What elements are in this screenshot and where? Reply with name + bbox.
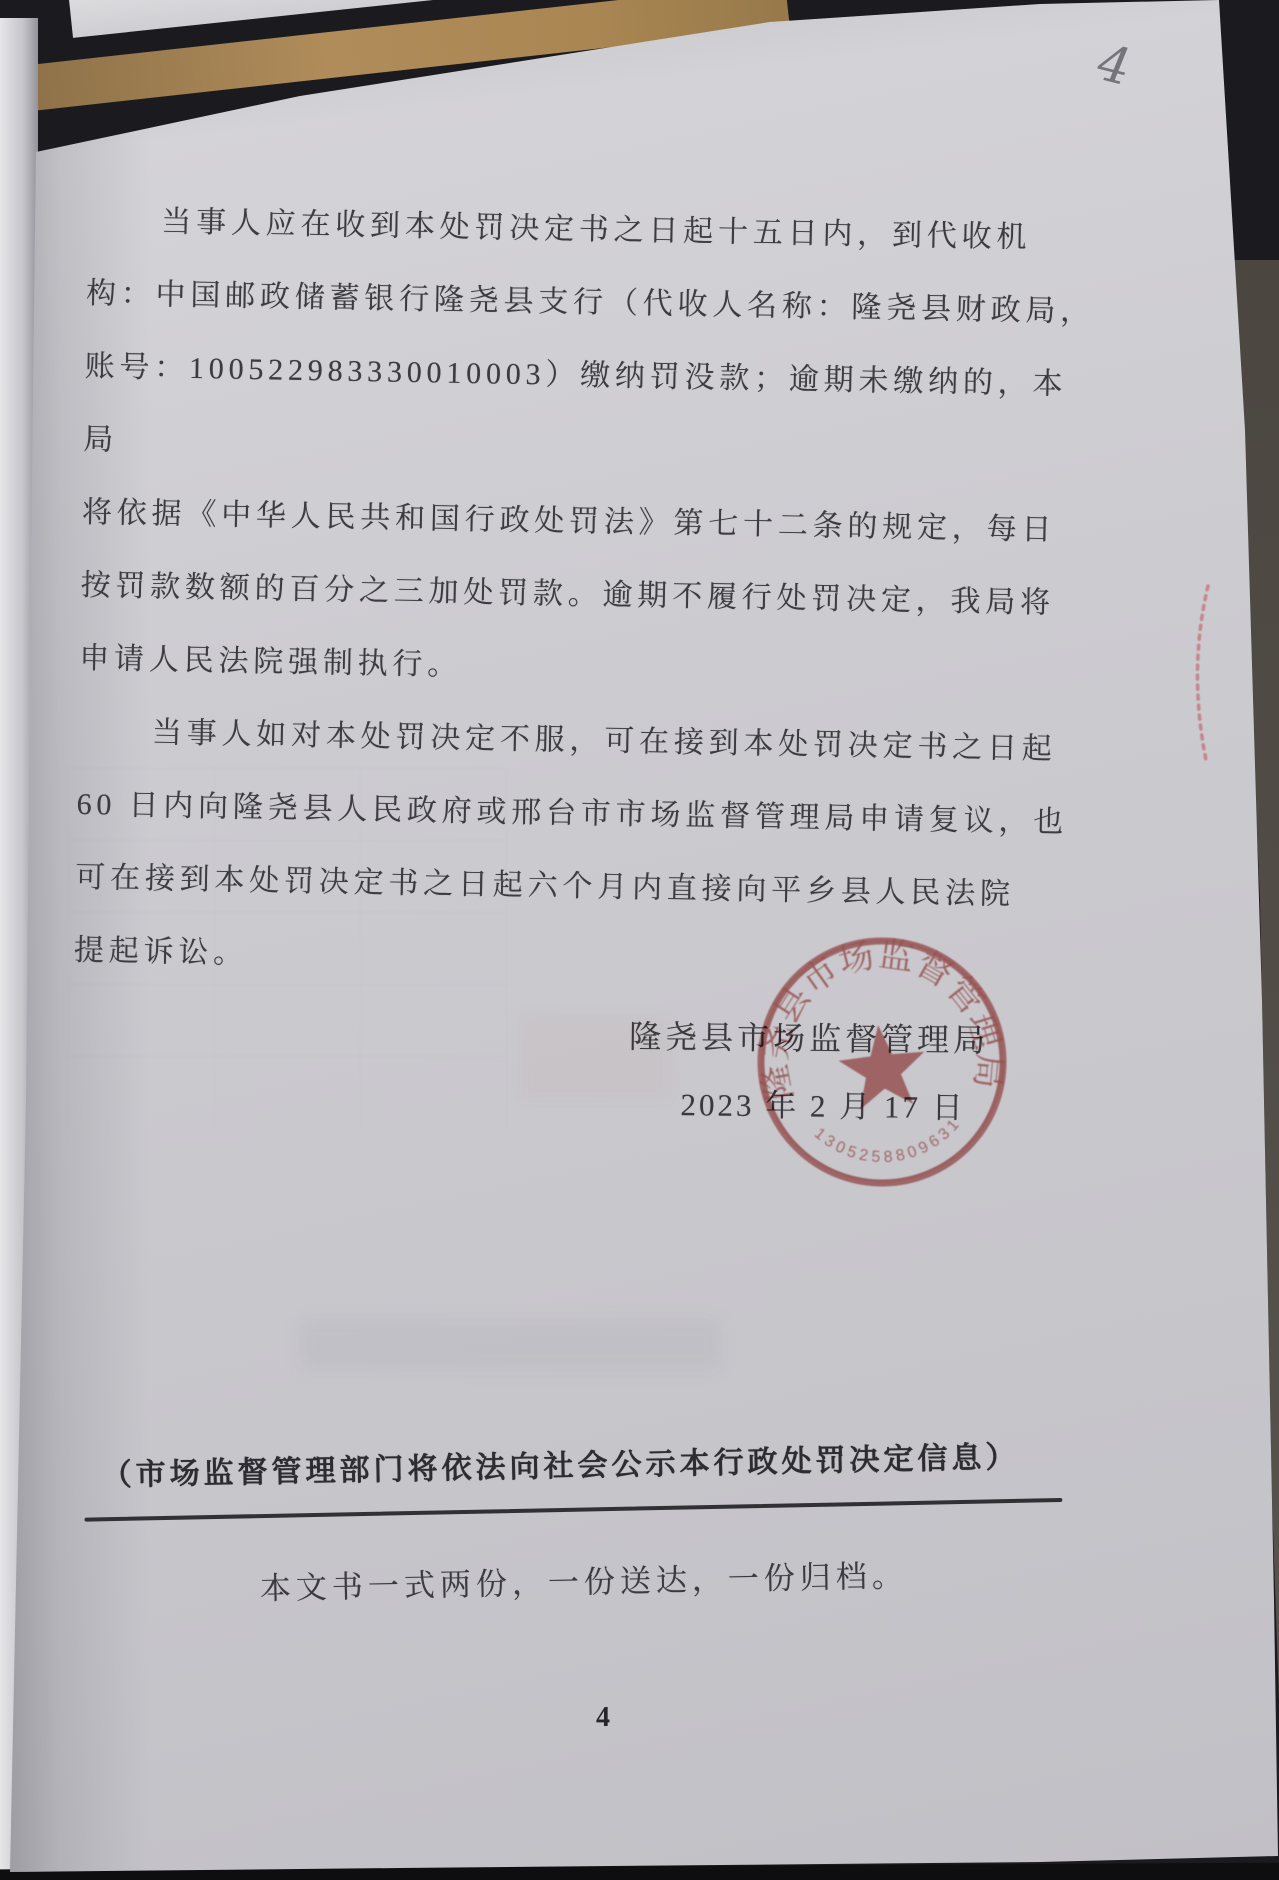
printed-page-number: 4 [596, 1702, 610, 1734]
body-text: 当事人应在收到本处罚决定书之日起十五日内，到代收机 构：中国邮政储蓄银行隆尧县支… [73, 184, 1098, 1005]
document-photo: 4 当事人应在收到本处罚决定书之日起十五日内，到代收机 构：中国邮政储蓄银行隆尧… [0, 0, 1279, 1880]
show-through-smudge [300, 1320, 720, 1370]
official-seal: 隆尧县市场监督管理局 1305258809631 [738, 918, 1026, 1206]
seal-offset-mark [1180, 582, 1224, 766]
body-line: 账号：100522983330010003）缴纳罚没款；逾期未缴纳的，本局 [83, 330, 1096, 494]
seal-star-icon [835, 1021, 929, 1112]
